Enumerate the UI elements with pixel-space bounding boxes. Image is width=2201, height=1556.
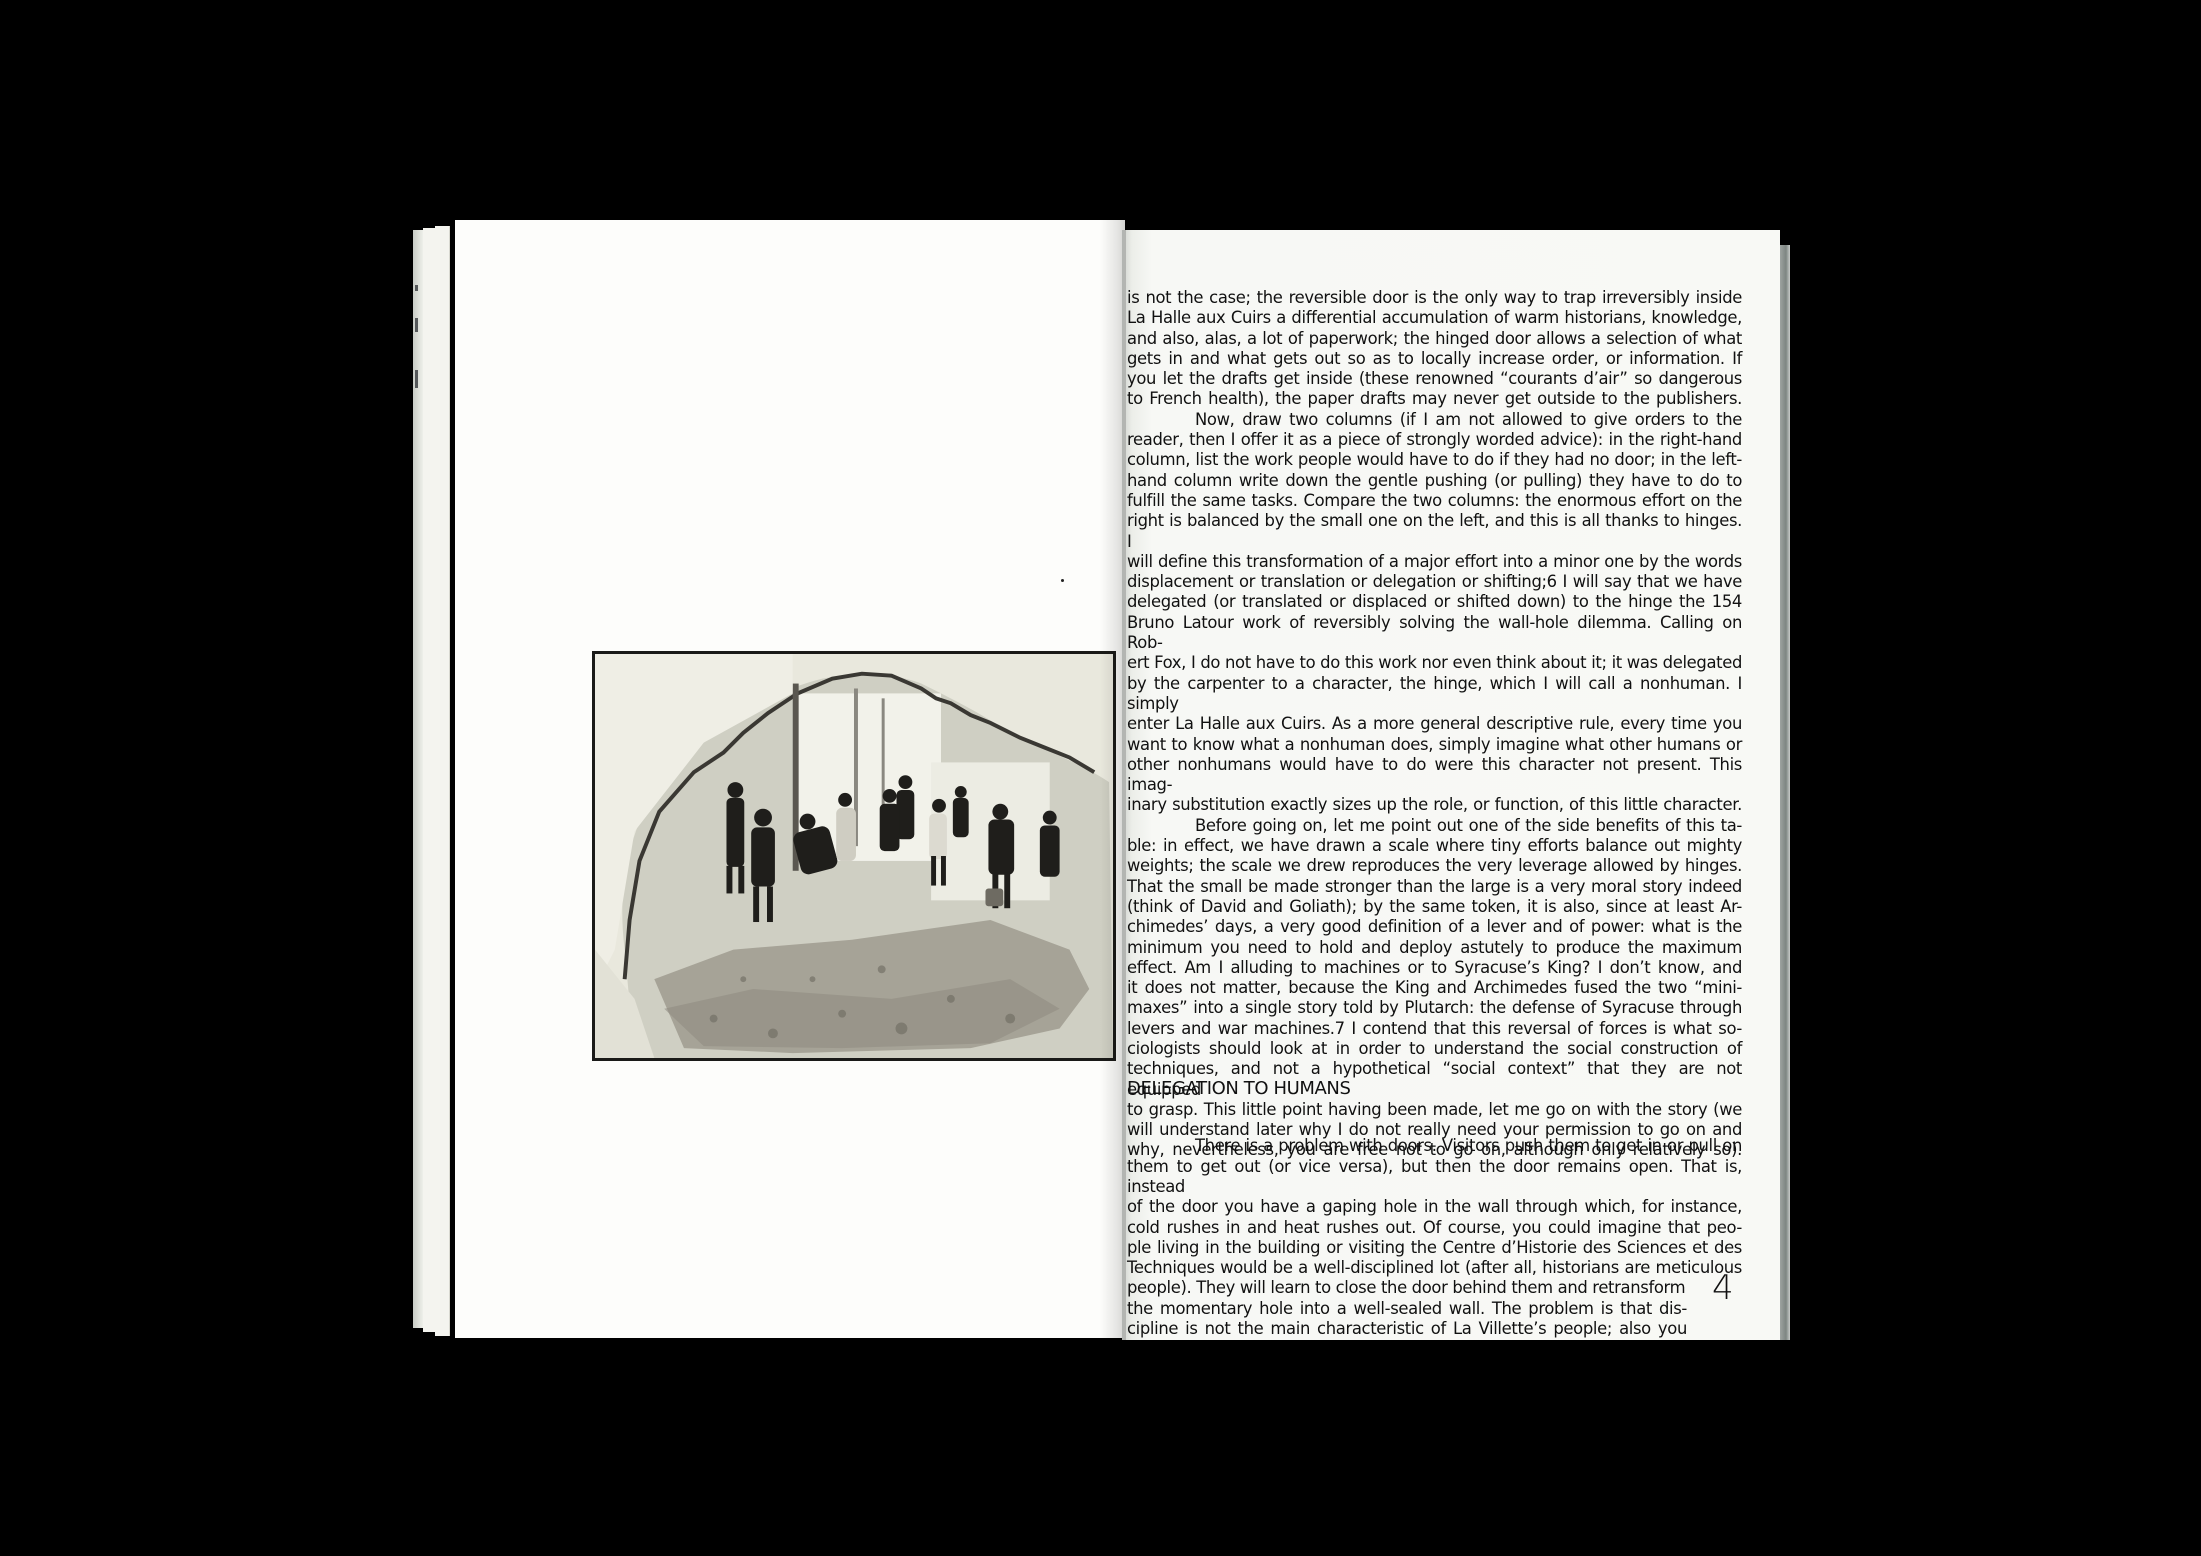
text-line: enter La Halle aux Cuirs. As a more gene… bbox=[1127, 714, 1742, 734]
text-line: ciologists should look at in order to un… bbox=[1127, 1039, 1742, 1059]
text-line: is not the case; the reversible door is … bbox=[1127, 288, 1742, 308]
edge-mark bbox=[415, 285, 418, 291]
paper-speck bbox=[1061, 579, 1064, 582]
page-number: 4 bbox=[1712, 1268, 1734, 1308]
text-line: chimedes’ days, a very good definition o… bbox=[1127, 917, 1742, 937]
text-line: reader, then I offer it as a piece of st… bbox=[1127, 430, 1742, 450]
text-line: them to get out (or vice versa), but the… bbox=[1127, 1157, 1742, 1198]
text-line: (think of David and Goliath); by the sam… bbox=[1127, 897, 1742, 917]
paragraph: Now, draw two columns (if I am not allow… bbox=[1127, 410, 1742, 816]
text-line: weights; the scale we drew reproduces th… bbox=[1127, 856, 1742, 876]
text-line: and also, alas, a lot of paperwork; the … bbox=[1127, 329, 1742, 349]
text-line: want to know what a nonhuman does, simpl… bbox=[1127, 735, 1742, 755]
photograph bbox=[592, 651, 1116, 1061]
text-line: other nonhumans would have to do were th… bbox=[1127, 755, 1742, 796]
text-line: to French health), the paper drafts may … bbox=[1127, 389, 1742, 409]
paragraph: is not the case; the reversible door is … bbox=[1127, 288, 1742, 410]
text-line: displacement or translation or delegatio… bbox=[1127, 572, 1742, 592]
text-line: Before going on, let me point out one of… bbox=[1127, 816, 1742, 836]
text-line: levers and war machines.7 I contend that… bbox=[1127, 1019, 1742, 1039]
text-line: Bruno Latour work of reversibly solving … bbox=[1127, 613, 1742, 654]
text-line: effect. Am I alluding to machines or to … bbox=[1127, 958, 1742, 978]
text-line: La Halle aux Cuirs a differential accumu… bbox=[1127, 308, 1742, 328]
text-line: ple living in the building or visiting t… bbox=[1127, 1238, 1742, 1258]
text-line: fulfill the same tasks. Compare the two … bbox=[1127, 491, 1742, 511]
text-line: cipline is not the main characteristic o… bbox=[1127, 1319, 1687, 1339]
body-text: is not the case; the reversible door is … bbox=[1127, 288, 1742, 1161]
text-line: people). They will learn to close the do… bbox=[1127, 1278, 1687, 1298]
text-line: to grasp. This little point having been … bbox=[1127, 1100, 1742, 1120]
text-line: Techniques would be a well-disciplined l… bbox=[1127, 1258, 1742, 1278]
text-line: That the small be made stronger than the… bbox=[1127, 877, 1742, 897]
text-line: There is a problem with doors. Visitors … bbox=[1127, 1136, 1742, 1156]
text-line: of the door you have a gaping hole in th… bbox=[1127, 1197, 1742, 1217]
text-line: column, list the work people would have … bbox=[1127, 450, 1742, 470]
paragraph: There is a problem with doors. Visitors … bbox=[1127, 1136, 1742, 1339]
body-text-section: There is a problem with doors. Visitors … bbox=[1127, 1120, 1742, 1356]
text-line: Now, draw two columns (if I am not allow… bbox=[1127, 410, 1742, 430]
paragraph: Before going on, let me point out one of… bbox=[1127, 816, 1742, 1161]
text-line: you let the drafts get inside (these ren… bbox=[1127, 369, 1742, 389]
text-line: ble: in effect, we have drawn a scale wh… bbox=[1127, 836, 1742, 856]
photo-illustration bbox=[595, 654, 1113, 1058]
right-page-edge bbox=[1780, 245, 1790, 1340]
section-heading: DELEGATION TO HUMANS bbox=[1127, 1078, 1351, 1099]
text-line: inary substitution exactly sizes up the … bbox=[1127, 795, 1742, 815]
text-line: cold rushes in and heat rushes out. Of c… bbox=[1127, 1218, 1742, 1238]
text-line: it does not matter, because the King and… bbox=[1127, 978, 1742, 998]
text-line: gets in and what gets out so as to local… bbox=[1127, 349, 1742, 369]
text-line: delegated (or translated or displaced or… bbox=[1127, 592, 1742, 612]
edge-mark bbox=[415, 318, 418, 332]
text-line: right is balanced by the small one on th… bbox=[1127, 511, 1742, 552]
text-line: by the carpenter to a character, the hin… bbox=[1127, 674, 1742, 715]
edge-mark bbox=[415, 370, 418, 388]
text-line: maxes” into a single story told by Pluta… bbox=[1127, 998, 1742, 1018]
text-line: the momentary hole into a well-sealed wa… bbox=[1127, 1299, 1687, 1319]
text-line: hand column write down the gentle pushin… bbox=[1127, 471, 1742, 491]
text-line: ert Fox, I do not have to do this work n… bbox=[1127, 653, 1742, 673]
text-line: minimum you need to hold and deploy astu… bbox=[1127, 938, 1742, 958]
page-stack-edge bbox=[435, 226, 450, 1336]
gutter bbox=[1100, 220, 1126, 1340]
text-line: will define this transformation of a maj… bbox=[1127, 552, 1742, 572]
open-book: is not the case; the reversible door is … bbox=[0, 0, 2201, 1556]
